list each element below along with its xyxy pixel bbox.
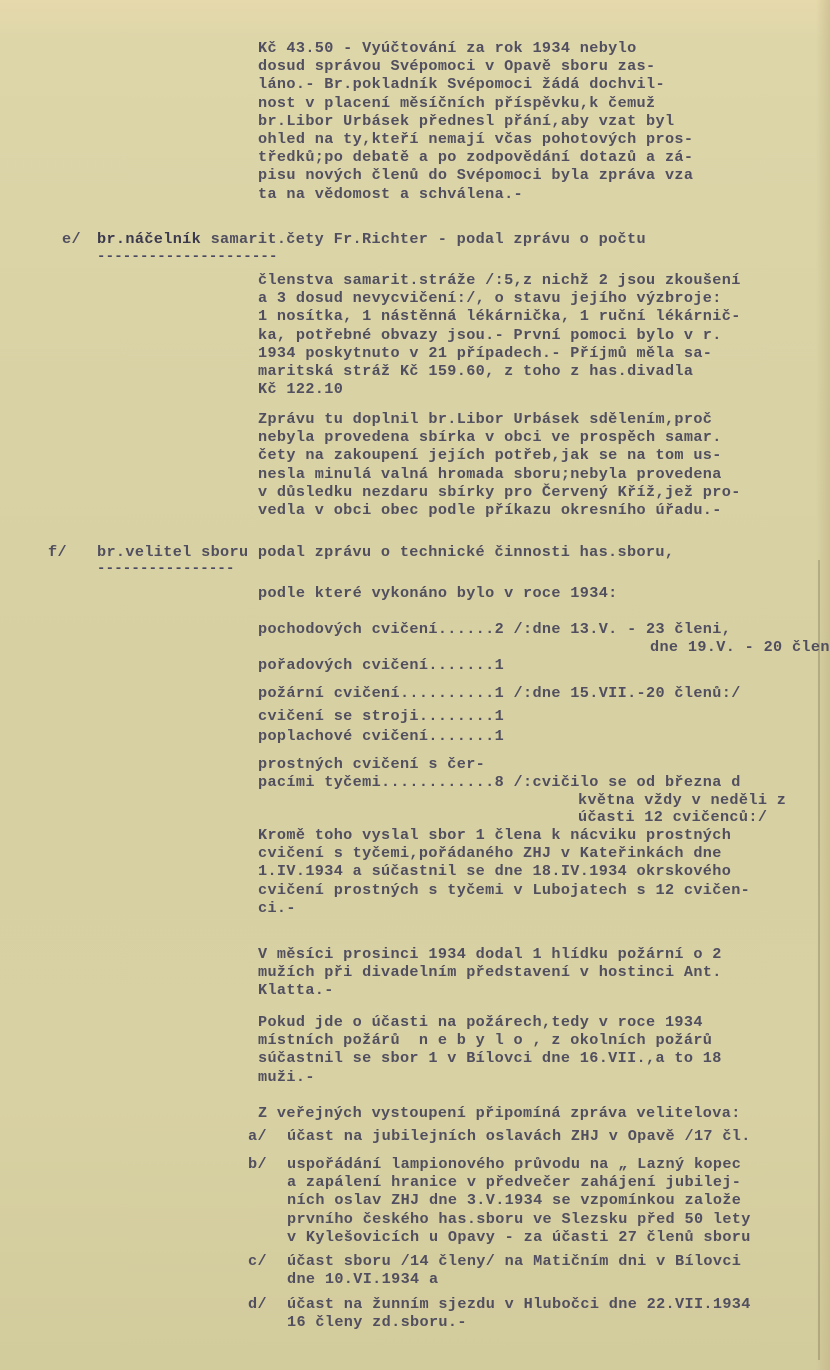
public-item-marker: c/ xyxy=(248,1253,267,1270)
paragraph-line: nost v placení měsíčních příspěvku,k čem… xyxy=(258,95,656,112)
exercise-line: prostných cvičení s čer- xyxy=(258,756,485,773)
public-item-line: a zapálení hranice v předvečer zahájení … xyxy=(287,1174,741,1191)
section-e-heading: br.náčelník samarit.čety Fr.Richter - po… xyxy=(97,231,646,248)
section-f-intro: podle které vykonáno bylo v roce 1934: xyxy=(258,585,618,602)
section-e-supplement-line: nebyla provedena sbírka v obci ve prospě… xyxy=(258,429,722,446)
exercise-line: pořadových cvičení.......1 xyxy=(258,657,504,674)
paragraph-line: ta na vědomost a schválena.- xyxy=(258,186,523,203)
paragraph-line: láno.- Br.pokladník Svépomoci žádá dochv… xyxy=(258,76,665,93)
public-item-line: prvního českého has.sboru ve Slezsku pře… xyxy=(287,1211,751,1228)
december-line: Klatta.- xyxy=(258,982,334,999)
public-item-marker: d/ xyxy=(248,1296,267,1313)
exercise-line: pochodových cvičení......2 /:dne 13.V. -… xyxy=(258,621,731,638)
heading-rest: samarit.čety Fr.Richter - podal zprávu o… xyxy=(201,230,646,248)
paragraph-line: dosud správou Svépomoci v Opavě sboru za… xyxy=(258,58,656,75)
section-e-line: členstva samarit.stráže /:5,z nichž 2 js… xyxy=(258,272,741,289)
public-item-line: účast na jubilejních oslavách ZHJ v Opav… xyxy=(287,1128,751,1145)
fires-line: Pokud jde o účasti na požárech,tedy v ro… xyxy=(258,1014,703,1031)
paragraph-line: Kč 43.50 - Vyúčtování za rok 1934 nebylo xyxy=(258,40,637,57)
training-line: Kromě toho vyslal sbor 1 člena k nácviku… xyxy=(258,827,731,844)
fires-line: místních požárů n e b y l o , z okolních… xyxy=(258,1032,712,1049)
december-line: mužích při divadelním představení v host… xyxy=(258,964,722,981)
training-line: cvičení s tyčemi,pořádaného ZHJ v Kateři… xyxy=(258,845,722,862)
section-e-supplement-line: vedla v obci obec podle příkazu okresníh… xyxy=(258,502,722,519)
public-item-line: účast sboru /14 členy/ na Matičním dni v… xyxy=(287,1253,741,1270)
public-item-line: dne 10.VI.1934 a xyxy=(287,1271,438,1288)
paragraph-line: ohled na ty,kteří nemají včas pohotových… xyxy=(258,131,693,148)
exercise-line-cont: dne 19.V. - 20 členů:/ xyxy=(650,639,830,656)
section-e-supplement-line: Zprávu tu doplnil br.Libor Urbásek sděle… xyxy=(258,411,712,428)
section-e-supplement-line: v důsledku nezdaru sbírky pro Červený Kř… xyxy=(258,484,741,501)
public-item-line: účast na žunním sjezdu v Hlubočci dne 22… xyxy=(287,1296,751,1313)
paragraph-line: tředků;po debatě a po zodpovědání dotazů… xyxy=(258,149,693,166)
paragraph-line: br.Libor Urbásek přednesl přání,aby vzat… xyxy=(258,113,674,130)
section-marker-e: e/ xyxy=(62,231,81,248)
fires-line: muži.- xyxy=(258,1069,315,1086)
public-item-line: 16 členy zd.sboru.- xyxy=(287,1314,467,1331)
section-e-line: maritská stráž Kč 159.60, z toho z has.d… xyxy=(258,363,693,380)
training-line: cvičení prostných s tyčemi v Lubojatech … xyxy=(258,882,750,899)
heading-bold-term: br.náčelník xyxy=(97,230,201,248)
december-line: V měsíci prosinci 1934 dodal 1 hlídku po… xyxy=(258,946,722,963)
section-e-underline: --------------------- xyxy=(97,249,278,265)
exercise-line: pacími tyčemi............8 /:cvičilo se … xyxy=(258,774,741,791)
fires-line: súčastnil se sbor 1 v Bílovci dne 16.VII… xyxy=(258,1050,722,1067)
public-item-marker: b/ xyxy=(248,1156,267,1173)
section-e-line: 1 nosítka, 1 nástěnná lékárnička, 1 ručn… xyxy=(258,308,741,325)
section-e-line: a 3 dosud nevycvičení:/, o stavu jejího … xyxy=(258,290,722,307)
section-e-line: Kč 122.10 xyxy=(258,381,343,398)
section-e-supplement-line: nesla minulá valná hromada sboru;nebyla … xyxy=(258,466,722,483)
exercise-line-cont: účasti 12 cvičenců:/ xyxy=(578,809,767,826)
public-item-line: v Kylešovicích u Opavy - za účasti 27 čl… xyxy=(287,1229,751,1246)
section-marker-f: f/ xyxy=(48,544,67,561)
exercise-line: požární cvičení..........1 /:dne 15.VII.… xyxy=(258,685,741,702)
paragraph-line: pisu nových členů do Svépomoci byla zprá… xyxy=(258,167,693,184)
training-line: ci.- xyxy=(258,900,296,917)
public-item-marker: a/ xyxy=(248,1128,267,1145)
exercise-line: cvičení se stroji........1 xyxy=(258,708,504,725)
exercise-line: poplachové cvičení.......1 xyxy=(258,728,504,745)
section-f-underline: ---------------- xyxy=(97,561,235,577)
public-item-line: ních oslav ZHJ dne 3.V.1934 se vzpomínko… xyxy=(287,1192,741,1209)
paper-fold-line xyxy=(818,560,820,1360)
public-item-line: uspořádání lampionového průvodu na „ Laz… xyxy=(287,1156,741,1173)
public-appearances-intro: Z veřejných vystoupení připomíná zpráva … xyxy=(258,1105,741,1122)
training-line: 1.IV.1934 a súčastnil se dne 18.IV.1934 … xyxy=(258,863,731,880)
section-f-heading: br.velitel sboru podal zprávu o technick… xyxy=(97,544,674,561)
section-e-supplement-line: čety na zakoupení jejích potřeb,jak se n… xyxy=(258,447,722,464)
section-e-line: ka, potřebné obvazy jsou.- První pomoci … xyxy=(258,327,722,344)
section-e-line: 1934 poskytnuto v 21 případech.- Příjmů … xyxy=(258,345,712,362)
exercise-line-cont: května vždy v neděli z xyxy=(578,792,786,809)
